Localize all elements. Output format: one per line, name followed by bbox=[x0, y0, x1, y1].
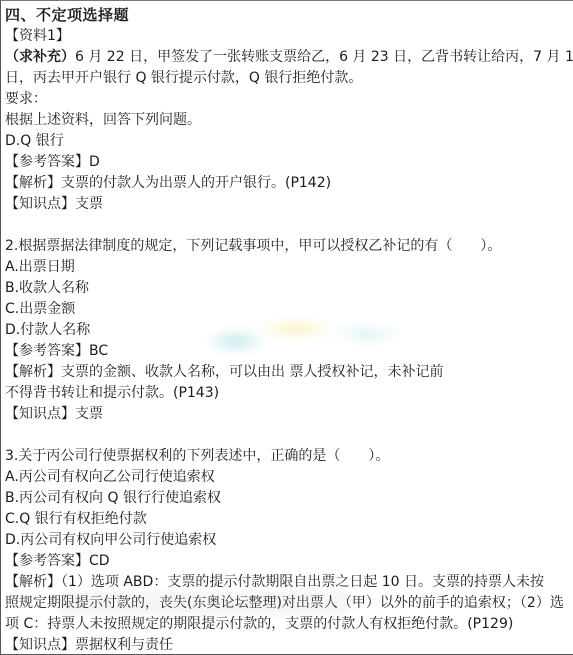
q2-option-b: B.收款人名称 bbox=[5, 278, 573, 299]
requirement-label: 要求： bbox=[5, 89, 573, 110]
q3-option-d: D.丙公司有权向甲公司行使追索权 bbox=[5, 530, 573, 551]
q1-option-d: D.Q 银行 bbox=[5, 131, 573, 152]
q3-option-a: A.丙公司有权向乙公司行使追索权 bbox=[5, 467, 573, 488]
q2-option-c: C.出票金额 bbox=[5, 299, 573, 320]
q3-analysis-line3: 项 C：持票人未按照规定的期限提示付款的，支票的付款人有权拒绝付款。(P129) bbox=[5, 614, 573, 635]
requirement-text: 根据上述资料，回答下列问题。 bbox=[5, 110, 573, 131]
material-text-line1: （求补充）6 月 22 日，甲签发了一张转账支票给乙，6 月 23 日，乙背书转… bbox=[5, 47, 573, 68]
q3-analysis-line1: 【解析】（1）选项 ABD：支票的提示付款期限自出票之日起 10 日。支票的持票… bbox=[5, 572, 573, 593]
q1-answer-value: D bbox=[89, 154, 100, 170]
q2-answer-value: BC bbox=[89, 343, 108, 359]
blank-line bbox=[5, 425, 573, 446]
q1-analysis-label: 【解析】 bbox=[5, 175, 61, 191]
q3-analysis-line2: 照规定期限提示付款的，丧失(东奥论坛整理)对出票人（甲）以外的前手的追索权；（2… bbox=[5, 593, 573, 614]
q1-knowledge-label: 【知识点】 bbox=[5, 196, 75, 212]
q3-stem: 3.关于丙公司行使票据权利的下列表述中，正确的是（ ）。 bbox=[5, 446, 573, 467]
q1-answer: 【参考答案】D bbox=[5, 152, 573, 173]
q1-knowledge: 【知识点】支票 bbox=[5, 194, 573, 215]
material-line1-text: 6 月 22 日，甲签发了一张转账支票给乙，6 月 23 日，乙背书转让给丙，7… bbox=[75, 49, 573, 65]
q3-answer-label: 【参考答案】 bbox=[5, 553, 89, 569]
q2-analysis-text1: 支票的金额、收款人名称，可以由出 票人授权补记，未补记前 bbox=[61, 364, 443, 380]
q3-option-c: C.Q 银行有权拒绝付款 bbox=[5, 509, 573, 530]
q2-knowledge-value: 支票 bbox=[75, 406, 103, 422]
material-label: 【资料1】 bbox=[5, 26, 573, 47]
q3-answer-value: CD bbox=[89, 553, 110, 569]
q1-knowledge-value: 支票 bbox=[75, 196, 103, 212]
q1-analysis: 【解析】支票的付款人为出票人的开户银行。(P142) bbox=[5, 173, 573, 194]
q3-option-b: B.丙公司有权向 Q 银行行使追索权 bbox=[5, 488, 573, 509]
q2-option-a: A.出票日期 bbox=[5, 257, 573, 278]
q2-analysis-line2: 不得背书转让和提示付款。(P143) bbox=[5, 383, 573, 404]
q3-answer: 【参考答案】CD bbox=[5, 551, 573, 572]
q2-answer: 【参考答案】BC bbox=[5, 341, 573, 362]
q2-analysis-label: 【解析】 bbox=[5, 364, 61, 380]
q2-option-d: D.付款人名称 bbox=[5, 320, 573, 341]
exam-document-page: 四、不定项选择题 【资料1】 （求补充）6 月 22 日，甲签发了一张转账支票给… bbox=[0, 0, 573, 655]
blank-line bbox=[5, 215, 573, 236]
q3-knowledge-label: 【知识点】 bbox=[5, 637, 75, 653]
material-text-line2: 日，丙去甲开户银行 Q 银行提示付款，Q 银行拒绝付款。 bbox=[5, 68, 573, 89]
q3-knowledge: 【知识点】票据权利与责任 bbox=[5, 635, 573, 655]
q1-answer-label: 【参考答案】 bbox=[5, 154, 89, 170]
q2-knowledge-label: 【知识点】 bbox=[5, 406, 75, 422]
q2-answer-label: 【参考答案】 bbox=[5, 343, 89, 359]
q2-analysis-line1: 【解析】支票的金额、收款人名称，可以由出 票人授权补记，未补记前 bbox=[5, 362, 573, 383]
q3-analysis-text1: （1）选项 ABD：支票的提示付款期限自出票之日起 10 日。支票的持票人未按 bbox=[61, 574, 544, 590]
q3-analysis-label: 【解析】 bbox=[5, 574, 61, 590]
q1-analysis-text: 支票的付款人为出票人的开户银行。(P142) bbox=[61, 175, 331, 191]
material-note: （求补充） bbox=[5, 49, 75, 65]
section-heading: 四、不定项选择题 bbox=[5, 5, 573, 26]
q2-knowledge: 【知识点】支票 bbox=[5, 404, 573, 425]
q2-stem: 2.根据票据法律制度的规定，下列记载事项中，甲可以授权乙补记的有（ ）。 bbox=[5, 236, 573, 257]
q3-knowledge-value: 票据权利与责任 bbox=[75, 637, 173, 653]
